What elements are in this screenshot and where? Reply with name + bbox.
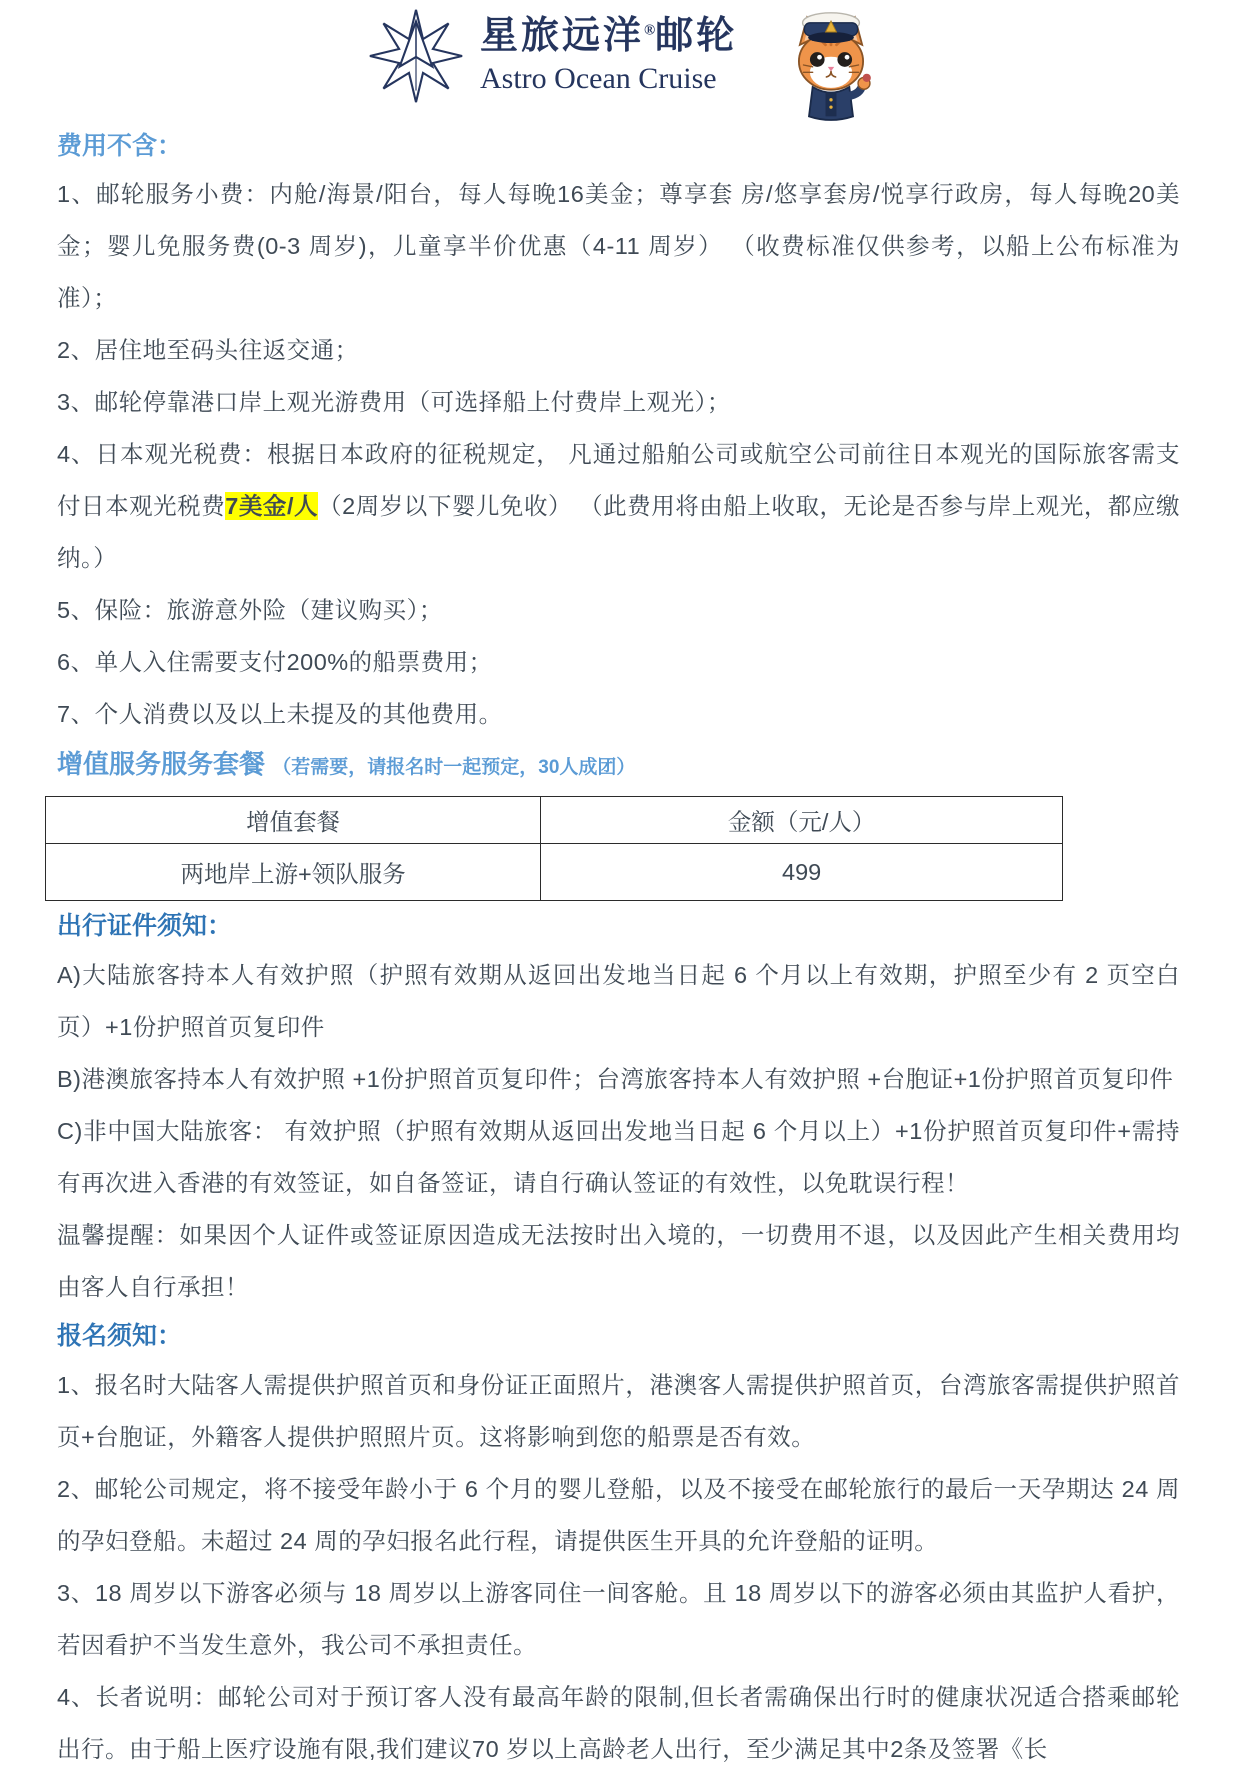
brand-logo-group: 星旅远洋®邮轮 Astro Ocean Cruise xyxy=(368,8,737,104)
fee-item-5: 5、保险：旅游意外险（建议购买）； xyxy=(57,584,1180,636)
vas-heading-note: （若需要，请报名时一起预定，30人成团） xyxy=(272,757,635,778)
document-para-b: B)港澳旅客持本人有效护照 +1份护照首页复印件；台湾旅客持本人有效护照 +台胞… xyxy=(57,1053,1180,1105)
signup-item-3: 3、18 周岁以下游客必须与 18 周岁以上游客同住一间客舱。且 18 周岁以下… xyxy=(57,1567,1180,1671)
fee-item-4: 4、日本观光税费：根据日本政府的征税规定， 凡通过船舶公司或航空公司前往日本观光… xyxy=(57,428,1180,584)
fee-item-6: 6、单人入住需要支付200%的船票费用； xyxy=(57,636,1180,688)
fee-item-7: 7、个人消费以及以上未提及的其他费用。 xyxy=(57,688,1180,740)
highlighted-japan-tax-price: 7美金/人 xyxy=(225,492,318,520)
fee-item-2: 2、居住地至码头往返交通； xyxy=(57,324,1180,376)
fee-item-3: 3、邮轮停靠港口岸上观光游费用（可选择船上付费岸上观光）； xyxy=(57,376,1180,428)
section-heading-travel-documents: 出行证件须知： xyxy=(57,903,1180,949)
value-added-services-table: 增值套餐 金额（元/人） 两地岸上游+领队服务 499 xyxy=(45,796,1063,901)
brand-name-english: Astro Ocean Cruise xyxy=(480,62,737,97)
signup-item-4: 4、长者说明：邮轮公司对于预订客人没有最高年龄的限制,但长者需确保出行时的健康状… xyxy=(57,1671,1180,1775)
signup-item-2: 2、邮轮公司规定，将不接受年龄小于 6 个月的婴儿登船，以及不接受在邮轮旅行的最… xyxy=(57,1463,1180,1567)
sailor-cat-mascot xyxy=(776,4,886,126)
brand-name-chinese: 星旅远洋®邮轮 xyxy=(480,15,737,59)
table-header-row: 增值套餐 金额（元/人） xyxy=(46,797,1063,844)
document-reminder: 温馨提醒：如果因个人证件或签证原因造成无法按时出入境的，一切费用不退，以及因此产… xyxy=(57,1209,1180,1313)
page-header: 星旅远洋®邮轮 Astro Ocean Cruise xyxy=(0,0,1236,120)
table-header-package: 增值套餐 xyxy=(46,797,541,844)
registered-mark: ® xyxy=(644,23,655,39)
table-row: 两地岸上游+领队服务 499 xyxy=(46,844,1063,901)
table-header-price: 金额（元/人） xyxy=(541,797,1063,844)
section-heading-signup-notes: 报名须知： xyxy=(57,1313,1180,1359)
signup-item-1: 1、报名时大陆客人需提供护照首页和身份证正面照片，港澳客人需提供护照首页，台湾旅… xyxy=(57,1359,1180,1463)
document-page: 星旅远洋®邮轮 Astro Ocean Cruise xyxy=(0,0,1236,1784)
fee-item-1: 1、邮轮服务小费：内舱/海景/阳台，每人每晚16美金；尊享套 房/悠享套房/悦享… xyxy=(57,168,1180,324)
document-body: 费用不含： 1、邮轮服务小费：内舱/海景/阳台，每人每晚16美金；尊享套 房/悠… xyxy=(0,124,1236,1775)
document-para-c: C)非中国大陆旅客： 有效护照（护照有效期从返回出发地当日起 6 个月以上）+1… xyxy=(57,1105,1180,1209)
brand-text: 星旅远洋®邮轮 Astro Ocean Cruise xyxy=(480,15,737,96)
table-cell-package-price: 499 xyxy=(541,844,1063,901)
document-para-a: A)大陆旅客持本人有效护照（护照有效期从返回出发地当日起 6 个月以上有效期，护… xyxy=(57,949,1180,1053)
compass-star-logo-icon xyxy=(368,8,464,104)
table-cell-package-name: 两地岸上游+领队服务 xyxy=(46,844,541,901)
section-heading-value-added-services: 增值服务服务套餐 （若需要，请报名时一起预定，30人成团） xyxy=(57,740,1180,792)
section-heading-fees-excluded: 费用不含： xyxy=(57,124,1180,168)
